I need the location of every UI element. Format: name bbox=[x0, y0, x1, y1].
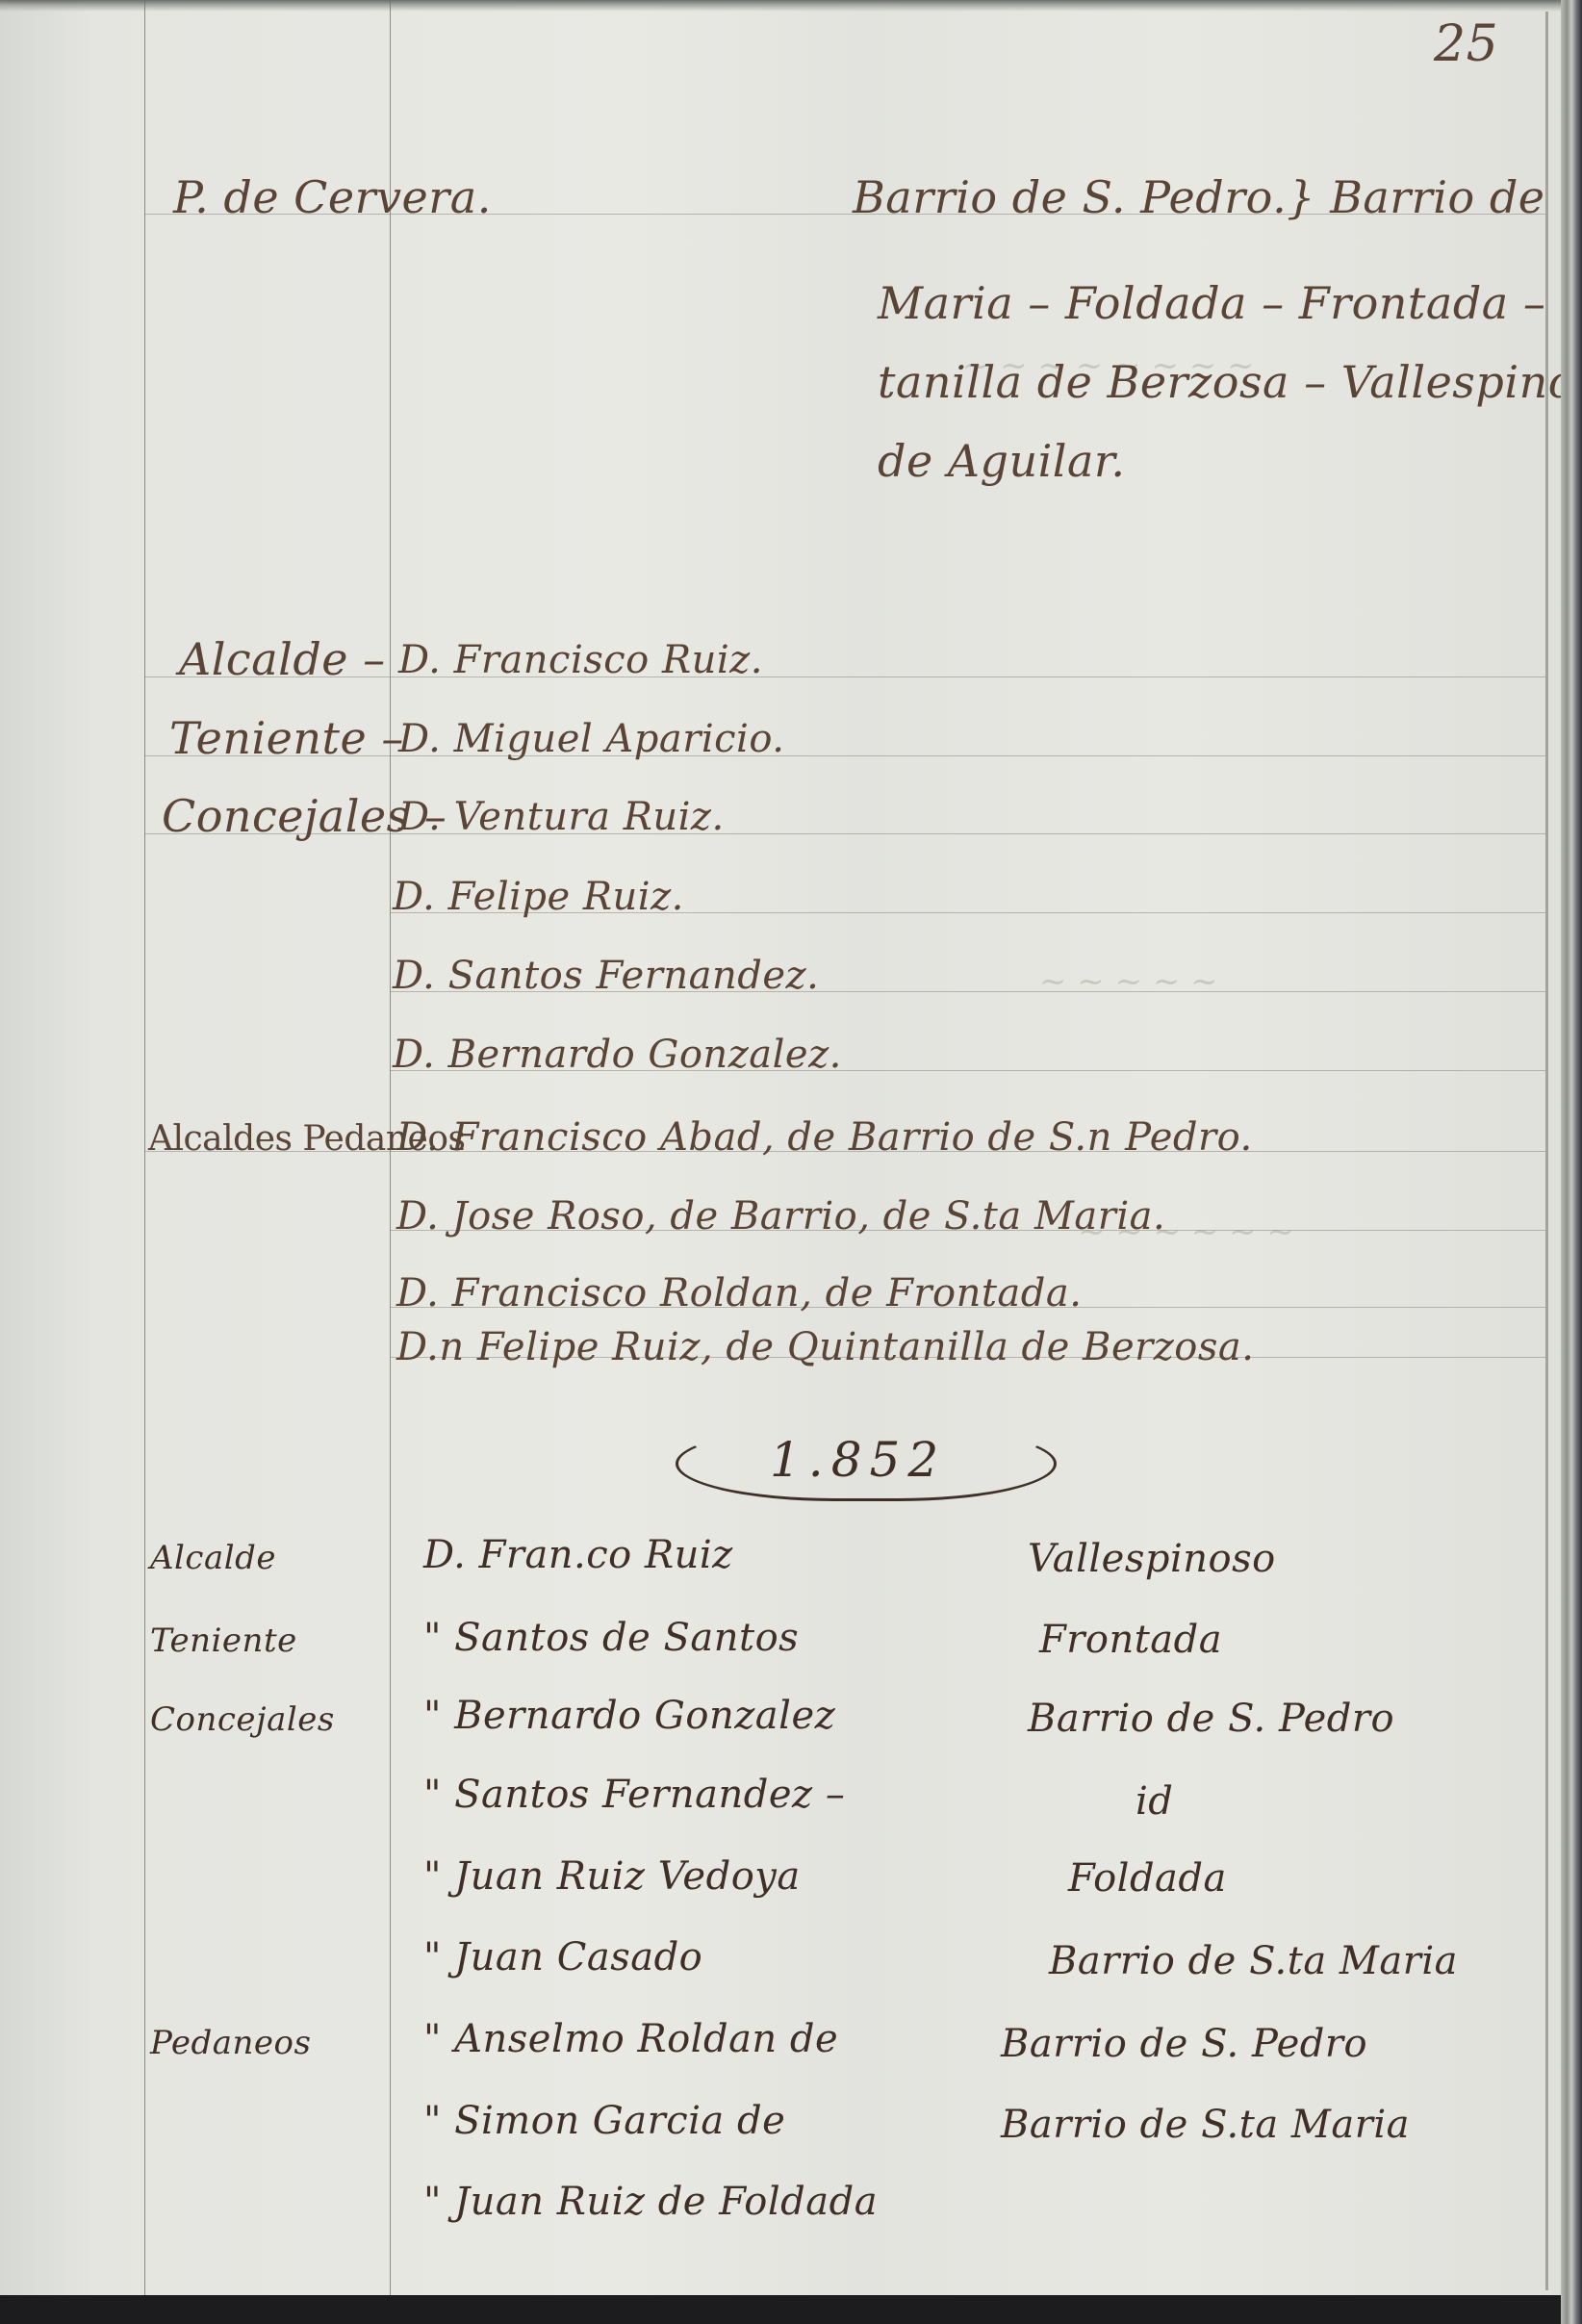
localities-line-1-text: Barrio de S. Pedro.} Barrio de S. bbox=[853, 171, 1582, 223]
name-row: D. Miguel Aparicio. bbox=[398, 720, 784, 758]
place-row-1852: Barrio de S.ta Maria bbox=[1049, 1942, 1458, 1980]
role-teniente-1852: Teniente bbox=[150, 1624, 297, 1657]
year-heading: 1.852 bbox=[770, 1436, 946, 1484]
place-row-1852: Barrio de S. Pedro bbox=[1028, 1699, 1394, 1738]
role-pedaneos-1852: Pedaneos bbox=[150, 2027, 311, 2059]
name-row-1852: " Bernardo Gonzalez bbox=[423, 1697, 835, 1735]
name-row-1852: " Juan Ruiz de Foldada bbox=[423, 2183, 878, 2221]
localities-line-1: Barrio de S. Pedro.} Barrio de S.ta bbox=[853, 175, 1582, 219]
name-row-1852: " Simon Garcia de bbox=[423, 2102, 785, 2140]
localities-line-4: de Aguilar. bbox=[878, 439, 1126, 483]
localities-line-3: tanilla de Berzosa – Vallespinoso bbox=[878, 360, 1582, 404]
place-row-1852: id bbox=[1135, 1782, 1173, 1821]
name-row: D. Bernardo Gonzalez. bbox=[393, 1035, 842, 1074]
bleed-through-text: ~ ~ ~ ~ ~ bbox=[1039, 962, 1218, 1001]
name-row: D. Francisco Ruiz. bbox=[398, 641, 763, 679]
book-binding-edge bbox=[1561, 0, 1582, 2324]
role-teniente: Teniente – bbox=[169, 716, 404, 760]
role-alcalde: Alcalde – bbox=[179, 637, 386, 681]
manuscript-page: ~ ~ ~ ~ ~ ~ ~ ~ ~ ~ ~ ~ ~ ~ ~ ~ ~ ~ ~ 25… bbox=[0, 0, 1570, 2295]
place-row-1852: Barrio de S. Pedro bbox=[1001, 2025, 1367, 2063]
page-top-edge bbox=[0, 0, 1570, 12]
name-row-1852: D. Fran.co Ruiz bbox=[423, 1536, 733, 1574]
role-concejales-1852: Concejales bbox=[150, 1703, 335, 1736]
name-row-1852: " Juan Ruiz Vedoya bbox=[423, 1857, 801, 1896]
page-right-border bbox=[1545, 12, 1548, 2290]
name-row-1852: " Santos Fernandez – bbox=[423, 1775, 845, 1814]
name-row-1852: " Santos de Santos bbox=[423, 1619, 799, 1657]
name-row: D.n Felipe Ruiz, de Quintanilla de Berzo… bbox=[396, 1328, 1254, 1366]
name-row: D. Santos Fernandez. bbox=[393, 957, 819, 995]
place-row-1852: Frontada bbox=[1039, 1621, 1222, 1659]
place-row-1852: Barrio de S.ta Maria bbox=[1001, 2106, 1410, 2144]
name-row: D. Felipe Ruiz. bbox=[393, 878, 684, 916]
name-row: D. Ventura Ruiz. bbox=[398, 798, 725, 836]
name-row: D. Francisco Roldan, de Frontada. bbox=[396, 1274, 1082, 1313]
place-row-1852: Foldada bbox=[1068, 1859, 1227, 1898]
name-row: D. Francisco Abad, de Barrio de S.n Pedr… bbox=[396, 1118, 1253, 1157]
role-alcalde-1852: Alcalde bbox=[150, 1542, 276, 1574]
place-row-1852: Vallespinoso bbox=[1028, 1540, 1276, 1578]
municipality-title: P. de Cervera. bbox=[173, 175, 492, 219]
page-number: 25 bbox=[1434, 19, 1498, 69]
margin-line-left bbox=[144, 0, 145, 2295]
name-row: D. Jose Roso, de Barrio, de S.ta Maria. bbox=[396, 1197, 1165, 1236]
localities-line-2: Maria – Foldada – Frontada – Quin- bbox=[878, 281, 1582, 325]
name-row-1852: " Juan Casado bbox=[423, 1938, 702, 1977]
name-row-1852: " Anselmo Roldan de bbox=[423, 2020, 838, 2058]
